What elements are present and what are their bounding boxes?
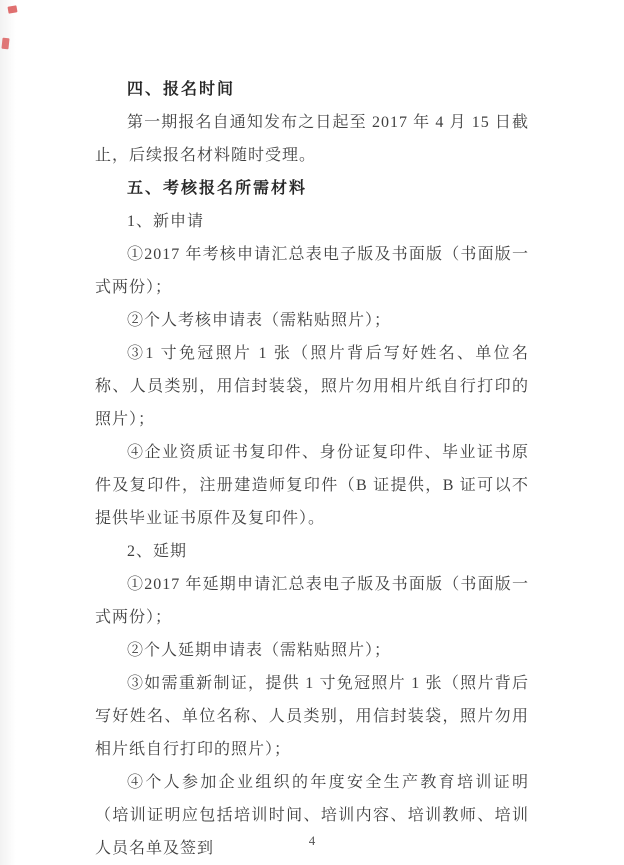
item-ext-2-personal-form: ②个人延期申请表（需粘贴照片）； bbox=[95, 634, 529, 667]
item-new-4-certificates: ④企业资质证书复印件、身份证复印件、毕业证书原件及复印件，注册建造师复印件（B … bbox=[95, 436, 529, 535]
scan-edge-shading bbox=[0, 0, 16, 865]
item-ext-1-summary-form: ①2017 年延期申请汇总表电子版及书面版（书面版一式两份）； bbox=[95, 568, 529, 634]
item-new-3-photo: ③1 寸免冠照片 1 张（照片背后写好姓名、单位名称、人员类别，用信封装袋，照片… bbox=[95, 337, 529, 436]
item-new-2-personal-form: ②个人考核申请表（需粘贴照片）； bbox=[95, 304, 529, 337]
paragraph-registration-deadline: 第一期报名自通知发布之日起至 2017 年 4 月 15 日截止，后续报名材料随… bbox=[95, 106, 529, 172]
page-number: 4 bbox=[0, 833, 624, 849]
item-ext-3-photo: ③如需重新制证，提供 1 寸免冠照片 1 张（照片背后写好姓名、单位名称、人员类… bbox=[95, 667, 529, 766]
subsection-extension: 2、延期 bbox=[95, 535, 529, 568]
document-page: 四、报名时间 第一期报名自通知发布之日起至 2017 年 4 月 15 日截止，… bbox=[0, 0, 624, 865]
section-heading-required-materials: 五、考核报名所需材料 bbox=[95, 172, 529, 205]
red-scan-mark-top bbox=[7, 5, 17, 13]
item-new-1-summary-form: ①2017 年考核申请汇总表电子版及书面版（书面版一式两份）； bbox=[95, 238, 529, 304]
document-body: 四、报名时间 第一期报名自通知发布之日起至 2017 年 4 月 15 日截止，… bbox=[95, 73, 529, 865]
red-scan-mark-lower bbox=[1, 38, 9, 50]
subsection-new-application: 1、新申请 bbox=[95, 205, 529, 238]
section-heading-registration-time: 四、报名时间 bbox=[95, 73, 529, 106]
item-ext-4-training-proof: ④个人参加企业组织的年度安全生产教育培训证明（培训证明应包括培训时间、培训内容、… bbox=[95, 766, 529, 865]
